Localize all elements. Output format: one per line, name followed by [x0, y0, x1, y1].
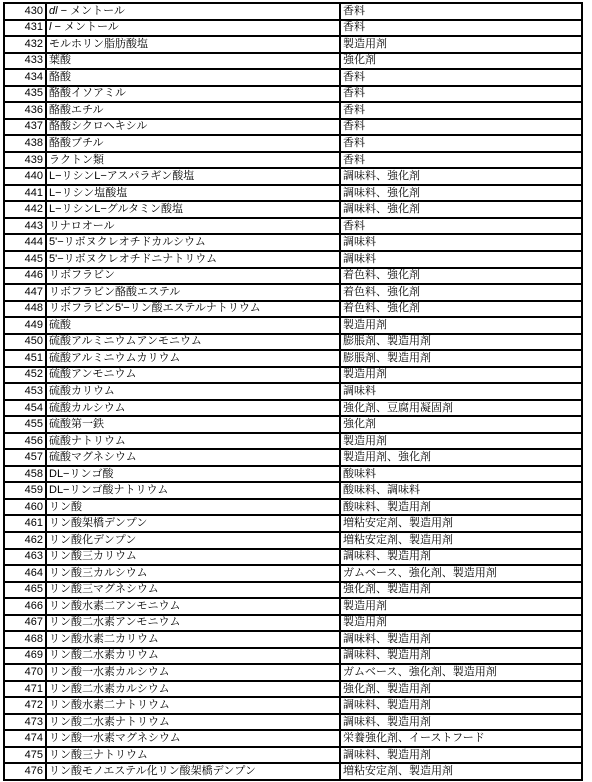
- row-number-cell: 442: [4, 201, 46, 218]
- use-category-cell: 製造用剤: [340, 317, 582, 334]
- table-row: 454硫酸カルシウム強化剤、豆腐用凝固剤: [4, 400, 582, 417]
- use-category-cell: 製造用剤: [340, 433, 582, 450]
- use-category-cell: 香料: [340, 135, 582, 152]
- additive-name-cell: リン酸二水素カルシウム: [46, 681, 340, 698]
- use-category-cell: 調味料: [340, 234, 582, 251]
- table-row: 448リボフラビン5'−リン酸エステルナトリウム着色料、強化剤: [4, 301, 582, 318]
- row-number-cell: 474: [4, 730, 46, 747]
- additive-name-cell: リン酸水素二カリウム: [46, 631, 340, 648]
- additive-name-cell: DL−リンゴ酸: [46, 466, 340, 483]
- italic-chem-prefix: dl: [49, 5, 58, 17]
- table-row: 468リン酸水素二カリウム調味料、製造用剤: [4, 631, 582, 648]
- additive-name-cell: リン酸二水素ナトリウム: [46, 714, 340, 731]
- additive-name-cell: 硫酸アルミニウムアンモニウム: [46, 334, 340, 351]
- row-number-cell: 461: [4, 515, 46, 532]
- additive-name-cell: 酪酸シクロヘキシル: [46, 119, 340, 136]
- row-number-cell: 469: [4, 648, 46, 665]
- additive-name-cell: 酪酸エチル: [46, 102, 340, 119]
- italic-chem-prefix: l: [49, 21, 51, 33]
- use-category-cell: 調味料、強化剤: [340, 201, 582, 218]
- use-category-cell: 着色料、強化剤: [340, 284, 582, 301]
- table-row: 442L−リシンL−グルタミン酸塩調味料、強化剤: [4, 201, 582, 218]
- table-row: 467リン酸二水素アンモニウム製造用剤: [4, 615, 582, 632]
- row-number-cell: 432: [4, 36, 46, 53]
- additive-name-cell: リボフラビン5'−リン酸エステルナトリウム: [46, 301, 340, 318]
- use-category-cell: 増粘安定剤、製造用剤: [340, 532, 582, 549]
- row-number-cell: 447: [4, 284, 46, 301]
- table-row: 466リン酸水素二アンモニウム製造用剤: [4, 598, 582, 615]
- use-category-cell: 製造用剤: [340, 367, 582, 384]
- row-number-cell: 475: [4, 747, 46, 764]
- additive-name-cell: 硫酸アルミニウムカリウム: [46, 350, 340, 367]
- additive-name-cell: リン酸三カリウム: [46, 549, 340, 566]
- table-row: 473リン酸二水素ナトリウム調味料、製造用剤: [4, 714, 582, 731]
- row-number-cell: 450: [4, 334, 46, 351]
- row-number-cell: 452: [4, 367, 46, 384]
- table-row: 434酪酸香料: [4, 69, 582, 86]
- use-category-cell: 増粘安定剤、製造用剤: [340, 763, 582, 780]
- additive-name-cell: リボフラビン: [46, 268, 340, 285]
- table-row: 474リン酸一水素マグネシウム栄養強化剤、イーストフード: [4, 730, 582, 747]
- table-row: 433葉酸強化剤: [4, 53, 582, 70]
- additive-name-cell: L−リシンL−アスパラギン酸塩: [46, 168, 340, 185]
- use-category-cell: 香料: [340, 218, 582, 235]
- additive-name-cell: モルホリン脂肪酸塩: [46, 36, 340, 53]
- row-number-cell: 443: [4, 218, 46, 235]
- additive-name-cell: 5'−リボヌクレオチドニナトリウム: [46, 251, 340, 268]
- use-category-cell: 製造用剤: [340, 36, 582, 53]
- table-body: 430dl − メントール香料431l − メントール香料432モルホリン脂肪酸…: [4, 3, 582, 780]
- table-row: 461リン酸架橋デンプン増粘安定剤、製造用剤: [4, 515, 582, 532]
- use-category-cell: 調味料、製造用剤: [340, 631, 582, 648]
- row-number-cell: 460: [4, 499, 46, 516]
- table-row: 451硫酸アルミニウムカリウム膨脹剤、製造用剤: [4, 350, 582, 367]
- use-category-cell: 調味料、製造用剤: [340, 549, 582, 566]
- table-row: 446リボフラビン着色料、強化剤: [4, 268, 582, 285]
- use-category-cell: 酸味料、調味料: [340, 482, 582, 499]
- food-additives-table: 430dl − メントール香料431l − メントール香料432モルホリン脂肪酸…: [3, 2, 583, 781]
- table-row: 459DL−リンゴ酸ナトリウム酸味料、調味料: [4, 482, 582, 499]
- use-category-cell: 香料: [340, 102, 582, 119]
- use-category-cell: 強化剤: [340, 53, 582, 70]
- use-category-cell: ガムベース、強化剤、製造用剤: [340, 565, 582, 582]
- additive-name-cell: リン酸水素二アンモニウム: [46, 598, 340, 615]
- additive-name-cell: リン酸水素二ナトリウム: [46, 697, 340, 714]
- use-category-cell: 調味料、強化剤: [340, 168, 582, 185]
- row-number-cell: 453: [4, 383, 46, 400]
- row-number-cell: 465: [4, 582, 46, 599]
- table-row: 431l − メントール香料: [4, 20, 582, 37]
- additive-name-cell: リン酸: [46, 499, 340, 516]
- table-row: 472リン酸水素二ナトリウム調味料、製造用剤: [4, 697, 582, 714]
- table-row: 430dl − メントール香料: [4, 3, 582, 20]
- additive-name-cell: dl − メントール: [46, 3, 340, 20]
- row-number-cell: 456: [4, 433, 46, 450]
- additive-name-cell: リン酸二水素アンモニウム: [46, 615, 340, 632]
- use-category-cell: 強化剤、製造用剤: [340, 582, 582, 599]
- additive-name-cell: リン酸三ナトリウム: [46, 747, 340, 764]
- row-number-cell: 446: [4, 268, 46, 285]
- table-row: 437酪酸シクロヘキシル香料: [4, 119, 582, 136]
- row-number-cell: 444: [4, 234, 46, 251]
- use-category-cell: 香料: [340, 119, 582, 136]
- row-number-cell: 459: [4, 482, 46, 499]
- table-row: 440L−リシンL−アスパラギン酸塩調味料、強化剤: [4, 168, 582, 185]
- use-category-cell: 香料: [340, 152, 582, 169]
- use-category-cell: 膨脹剤、製造用剤: [340, 334, 582, 351]
- use-category-cell: 強化剤: [340, 416, 582, 433]
- row-number-cell: 440: [4, 168, 46, 185]
- additive-name-cell: 硫酸ナトリウム: [46, 433, 340, 450]
- use-category-cell: 製造用剤: [340, 615, 582, 632]
- use-category-cell: 製造用剤、強化剤: [340, 449, 582, 466]
- row-number-cell: 448: [4, 301, 46, 318]
- additive-name-cell: 酪酸イソアミル: [46, 86, 340, 103]
- table-row: 453硫酸カリウム調味料: [4, 383, 582, 400]
- row-number-cell: 435: [4, 86, 46, 103]
- table-row: 449硫酸製造用剤: [4, 317, 582, 334]
- table-row: 457硫酸マグネシウム製造用剤、強化剤: [4, 449, 582, 466]
- additive-name-cell: l − メントール: [46, 20, 340, 37]
- use-category-cell: 栄養強化剤、イーストフード: [340, 730, 582, 747]
- row-number-cell: 433: [4, 53, 46, 70]
- use-category-cell: 増粘安定剤、製造用剤: [340, 515, 582, 532]
- use-category-cell: 調味料、製造用剤: [340, 714, 582, 731]
- row-number-cell: 470: [4, 664, 46, 681]
- additive-name-cell: 5'−リボヌクレオチドカルシウム: [46, 234, 340, 251]
- row-number-cell: 436: [4, 102, 46, 119]
- use-category-cell: 酸味料: [340, 466, 582, 483]
- row-number-cell: 466: [4, 598, 46, 615]
- additive-name-cell: 硫酸カリウム: [46, 383, 340, 400]
- additive-name-cell: 硫酸カルシウム: [46, 400, 340, 417]
- row-number-cell: 439: [4, 152, 46, 169]
- additive-name-cell: リン酸化デンプン: [46, 532, 340, 549]
- table-row: 436酪酸エチル香料: [4, 102, 582, 119]
- row-number-cell: 471: [4, 681, 46, 698]
- use-category-cell: 酸味料、製造用剤: [340, 499, 582, 516]
- row-number-cell: 437: [4, 119, 46, 136]
- additive-name-cell: リン酸三カルシウム: [46, 565, 340, 582]
- additive-name-cell: リボフラビン酪酸エステル: [46, 284, 340, 301]
- use-category-cell: 強化剤、製造用剤: [340, 681, 582, 698]
- additive-name-cell: 葉酸: [46, 53, 340, 70]
- row-number-cell: 476: [4, 763, 46, 780]
- row-number-cell: 464: [4, 565, 46, 582]
- use-category-cell: 強化剤、豆腐用凝固剤: [340, 400, 582, 417]
- row-number-cell: 441: [4, 185, 46, 202]
- use-category-cell: 着色料、強化剤: [340, 301, 582, 318]
- additive-name-cell: 酪酸ブチル: [46, 135, 340, 152]
- additive-name-cell: 硫酸: [46, 317, 340, 334]
- table-row: 435酪酸イソアミル香料: [4, 86, 582, 103]
- row-number-cell: 445: [4, 251, 46, 268]
- table-row: 443リナロオール香料: [4, 218, 582, 235]
- use-category-cell: 調味料、製造用剤: [340, 648, 582, 665]
- table-row: 465リン酸三マグネシウム強化剤、製造用剤: [4, 582, 582, 599]
- table-row: 432モルホリン脂肪酸塩製造用剤: [4, 36, 582, 53]
- row-number-cell: 455: [4, 416, 46, 433]
- table-row: 4455'−リボヌクレオチドニナトリウム調味料: [4, 251, 582, 268]
- use-category-cell: 製造用剤: [340, 598, 582, 615]
- table-row: 463リン酸三カリウム調味料、製造用剤: [4, 549, 582, 566]
- use-category-cell: 膨脹剤、製造用剤: [340, 350, 582, 367]
- additive-name-cell: リナロオール: [46, 218, 340, 235]
- table-row: 456硫酸ナトリウム製造用剤: [4, 433, 582, 450]
- use-category-cell: 調味料: [340, 383, 582, 400]
- use-category-cell: 香料: [340, 86, 582, 103]
- additive-name-cell: リン酸一水素マグネシウム: [46, 730, 340, 747]
- table-row: 439ラクトン類香料: [4, 152, 582, 169]
- table-row: 464リン酸三カルシウムガムベース、強化剤、製造用剤: [4, 565, 582, 582]
- row-number-cell: 468: [4, 631, 46, 648]
- row-number-cell: 434: [4, 69, 46, 86]
- additive-name-cell: リン酸架橋デンプン: [46, 515, 340, 532]
- table-row: 458DL−リンゴ酸酸味料: [4, 466, 582, 483]
- row-number-cell: 451: [4, 350, 46, 367]
- page: { "table": { "rows": [ {"no": "430", "it…: [0, 0, 592, 782]
- table-row: 470リン酸一水素カルシウムガムベース、強化剤、製造用剤: [4, 664, 582, 681]
- table-row: 455硫酸第一鉄強化剤: [4, 416, 582, 433]
- use-category-cell: 調味料、強化剤: [340, 185, 582, 202]
- additive-name-cell: 硫酸アンモニウム: [46, 367, 340, 384]
- additive-name-cell: リン酸三マグネシウム: [46, 582, 340, 599]
- table-row: 462リン酸化デンプン増粘安定剤、製造用剤: [4, 532, 582, 549]
- row-number-cell: 473: [4, 714, 46, 731]
- table-row: 450硫酸アルミニウムアンモニウム膨脹剤、製造用剤: [4, 334, 582, 351]
- row-number-cell: 463: [4, 549, 46, 566]
- use-category-cell: 香料: [340, 3, 582, 20]
- additive-name-cell: L−リシン塩酸塩: [46, 185, 340, 202]
- use-category-cell: 着色料、強化剤: [340, 268, 582, 285]
- table-row: 441L−リシン塩酸塩調味料、強化剤: [4, 185, 582, 202]
- row-number-cell: 431: [4, 20, 46, 37]
- row-number-cell: 462: [4, 532, 46, 549]
- additive-name-cell: ラクトン類: [46, 152, 340, 169]
- table-row: 447リボフラビン酪酸エステル着色料、強化剤: [4, 284, 582, 301]
- table-row: 460リン酸酸味料、製造用剤: [4, 499, 582, 516]
- use-category-cell: 調味料: [340, 251, 582, 268]
- use-category-cell: 香料: [340, 69, 582, 86]
- row-number-cell: 438: [4, 135, 46, 152]
- row-number-cell: 430: [4, 3, 46, 20]
- row-number-cell: 458: [4, 466, 46, 483]
- table-row: 452硫酸アンモニウム製造用剤: [4, 367, 582, 384]
- table-row: 469リン酸二水素カリウム調味料、製造用剤: [4, 648, 582, 665]
- row-number-cell: 472: [4, 697, 46, 714]
- use-category-cell: 調味料、製造用剤: [340, 747, 582, 764]
- table-row: 4445'−リボヌクレオチドカルシウム調味料: [4, 234, 582, 251]
- additive-name-cell: L−リシンL−グルタミン酸塩: [46, 201, 340, 218]
- table-row: 438酪酸ブチル香料: [4, 135, 582, 152]
- additive-name-cell: 酪酸: [46, 69, 340, 86]
- use-category-cell: 香料: [340, 20, 582, 37]
- additive-name-cell: DL−リンゴ酸ナトリウム: [46, 482, 340, 499]
- use-category-cell: 調味料、製造用剤: [340, 697, 582, 714]
- row-number-cell: 454: [4, 400, 46, 417]
- additive-name-cell: 硫酸第一鉄: [46, 416, 340, 433]
- row-number-cell: 449: [4, 317, 46, 334]
- row-number-cell: 457: [4, 449, 46, 466]
- additive-name-cell: リン酸一水素カルシウム: [46, 664, 340, 681]
- table-row: 471リン酸二水素カルシウム強化剤、製造用剤: [4, 681, 582, 698]
- table-row: 476リン酸モノエステル化リン酸架橋デンプン増粘安定剤、製造用剤: [4, 763, 582, 780]
- additive-name-cell: リン酸二水素カリウム: [46, 648, 340, 665]
- additive-name-cell: 硫酸マグネシウム: [46, 449, 340, 466]
- use-category-cell: ガムベース、強化剤、製造用剤: [340, 664, 582, 681]
- additive-name-cell: リン酸モノエステル化リン酸架橋デンプン: [46, 763, 340, 780]
- row-number-cell: 467: [4, 615, 46, 632]
- table-row: 475リン酸三ナトリウム調味料、製造用剤: [4, 747, 582, 764]
